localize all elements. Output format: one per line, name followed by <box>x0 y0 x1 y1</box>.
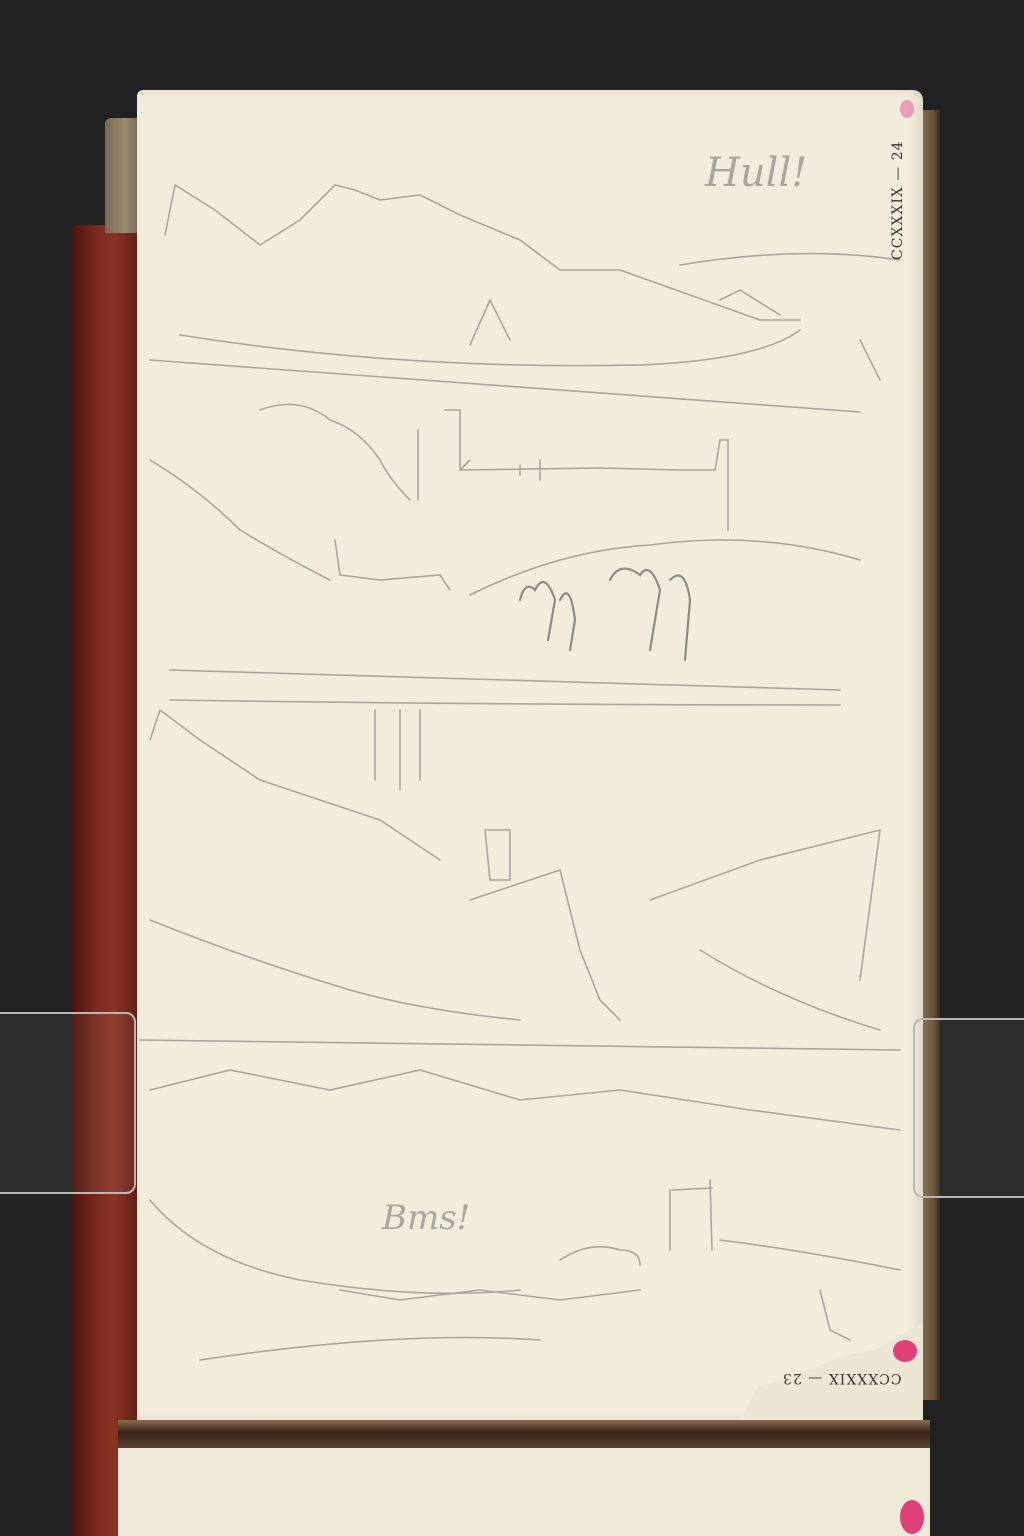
left-page-clip <box>0 1012 136 1194</box>
sketch-valley-tower <box>140 710 900 1130</box>
sketch-castle <box>150 404 860 705</box>
folio-number-bottom: CCXXXIX — 23 <box>782 1370 902 1386</box>
pencil-sketches <box>0 0 1024 1536</box>
sketch-trees <box>520 569 690 660</box>
pink-ink-mark-top <box>900 100 914 118</box>
right-page-clip <box>913 1018 1024 1198</box>
book-gutter <box>118 1420 930 1448</box>
handwritten-annotation-lower: Bms! <box>382 1198 470 1238</box>
sketchbook-photo: CCXXXIX — 24 CCXXXIX — 23 Hull! Bms! <box>0 0 1024 1536</box>
pink-ink-mark-bottom <box>893 1340 917 1362</box>
lower-sketchbook-page <box>118 1448 930 1536</box>
pink-ink-mark-lower-page <box>900 1500 924 1534</box>
handwritten-annotation-top: Hull! <box>705 150 807 196</box>
sketch-mountain-ridge <box>150 185 900 412</box>
folio-number-top: CCXXXIX — 24 <box>890 110 906 260</box>
sketch-river-landscape <box>150 1180 900 1360</box>
